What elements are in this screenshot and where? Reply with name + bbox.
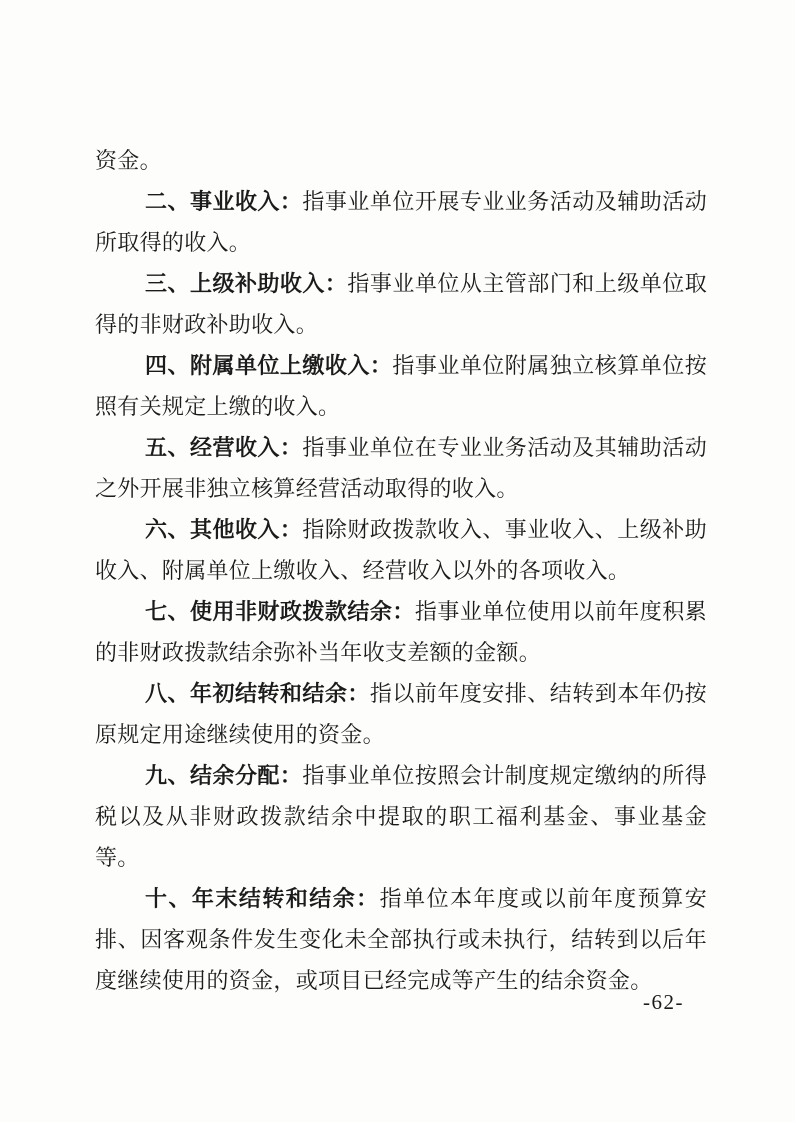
term-label: 五、经营收入： [145,435,302,460]
definition-paragraph: 九、结余分配：指事业单位按照会计制度规定缴纳的所得税以及从非财政拨款结余中提取的… [95,755,707,878]
definition-paragraph: 十、年末结转和结余：指单位本年度或以前年度预算安排、因客观条件发生变化未全部执行… [95,878,707,1001]
definition-paragraph: 四、附属单位上缴收入：指事业单位附属独立核算单位按照有关规定上缴的收入。 [95,345,707,427]
continuation-line: 资金。 [95,140,707,181]
term-label: 三、上级补助收入： [145,271,347,296]
definition-paragraph: 六、其他收入：指除财政拨款收入、事业收入、上级补助收入、附属单位上缴收入、经营收… [95,509,707,591]
definition-paragraph: 三、上级补助收入：指事业单位从主管部门和上级单位取得的非财政补助收入。 [95,263,707,345]
definition-paragraph: 八、年初结转和结余：指以前年度安排、结转到本年仍按原规定用途继续使用的资金。 [95,673,707,755]
term-label: 七、使用非财政拨款结余： [145,599,415,624]
term-label: 四、附属单位上缴收入： [145,353,392,378]
term-label: 十、年末结转和结余： [145,886,380,911]
scanned-document-page: 资金。 二、事业收入：指事业单位开展专业业务活动及辅助活动所取得的收入。 三、上… [0,0,795,1122]
continuation-text: 资金。 [95,148,162,173]
term-label: 六、其他收入： [145,517,302,542]
term-label: 九、结余分配： [145,763,302,788]
definition-paragraph: 二、事业收入：指事业单位开展专业业务活动及辅助活动所取得的收入。 [95,181,707,263]
document-body-text: 资金。 二、事业收入：指事业单位开展专业业务活动及辅助活动所取得的收入。 三、上… [95,140,707,1001]
definition-paragraph: 七、使用非财政拨款结余：指事业单位使用以前年度积累的非财政拨款结余弥补当年收支差… [95,591,707,673]
term-label: 八、年初结转和结余： [145,681,370,706]
page-number: -62- [643,990,684,1015]
definition-paragraph: 五、经营收入：指事业单位在专业业务活动及其辅助活动之外开展非独立核算经营活动取得… [95,427,707,509]
term-label: 二、事业收入： [145,189,302,214]
